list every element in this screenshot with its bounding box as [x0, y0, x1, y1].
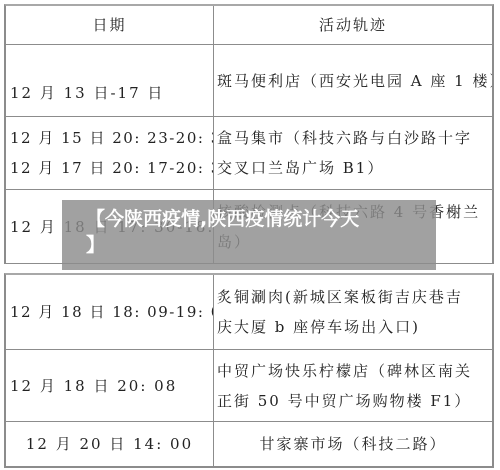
- row-date: 12 月 20 日 14: 00: [6, 422, 214, 466]
- header-date: 日期: [6, 6, 214, 44]
- row-activity: 中贸广场快乐柠檬店（碑林区南关 正街 50 号中贸广场购物楼 F1）: [214, 350, 492, 421]
- date-line: 12 月 17 日 20: 17-20: 37: [10, 153, 214, 183]
- row-activity: 盒马集市（科技六路与白沙路十字 交叉口兰岛广场 B1）: [214, 117, 492, 189]
- row-date: 12 月 15 日 20: 23-20: 33 12 月 17 日 20: 17…: [6, 117, 214, 189]
- itinerary-table-part-2: 12 月 18 日 18: 09-19: 09 炙铜涮肉(新城区案板街吉庆巷吉 …: [4, 273, 494, 468]
- table-row: 12 月 20 日 14: 00 甘家寨市场（科技二路）: [6, 422, 492, 466]
- row-activity: 炙铜涮肉(新城区案板街吉庆巷吉 庆大厦 b 座停车场出入口): [214, 275, 492, 349]
- activity-line: 甘家寨市场（科技二路）: [259, 429, 446, 459]
- activity-line: 斑马便利店（西安光电园 A 座 1 楼）: [217, 66, 492, 96]
- table-header-row: 日期 活动轨迹: [6, 6, 492, 45]
- table-row: 12 月 18 日 18: 09-19: 09 炙铜涮肉(新城区案板街吉庆巷吉 …: [6, 275, 492, 350]
- table-row: 12 月 18 日 20: 08 中贸广场快乐柠檬店（碑林区南关 正街 50 号…: [6, 350, 492, 422]
- row-date: 12 月 18 日 18: 09-19: 09: [6, 275, 214, 349]
- table-row: 12 月 15 日 20: 23-20: 33 12 月 17 日 20: 17…: [6, 117, 492, 190]
- activity-line: 交叉口兰岛广场 B1）: [217, 153, 492, 183]
- table-row: 12 月 13 日-17 日 斑马便利店（西安光电园 A 座 1 楼）: [6, 45, 492, 117]
- article-title-overlay[interactable]: 【今陕西疫情,陕西疫情统计今天 】: [62, 200, 436, 270]
- row-activity: 甘家寨市场（科技二路）: [214, 422, 492, 466]
- activity-line: 中贸广场快乐柠檬店（碑林区南关: [217, 356, 492, 386]
- activity-line: 庆大厦 b 座停车场出入口): [217, 312, 492, 342]
- overlay-title-line: 【今陕西疫情,陕西疫情统计今天: [86, 206, 428, 232]
- row-date: 12 月 18 日 20: 08: [6, 350, 214, 421]
- overlay-title-line: 】: [86, 232, 428, 258]
- activity-line: 盒马集市（科技六路与白沙路十字: [217, 123, 492, 153]
- activity-line: 正街 50 号中贸广场购物楼 F1）: [217, 386, 492, 416]
- header-activity: 活动轨迹: [214, 6, 492, 44]
- activity-line: 炙铜涮肉(新城区案板街吉庆巷吉: [217, 282, 492, 312]
- date-line: 12 月 15 日 20: 23-20: 33: [10, 123, 214, 153]
- row-date: 12 月 13 日-17 日: [6, 45, 214, 116]
- row-activity: 斑马便利店（西安光电园 A 座 1 楼）: [214, 45, 492, 116]
